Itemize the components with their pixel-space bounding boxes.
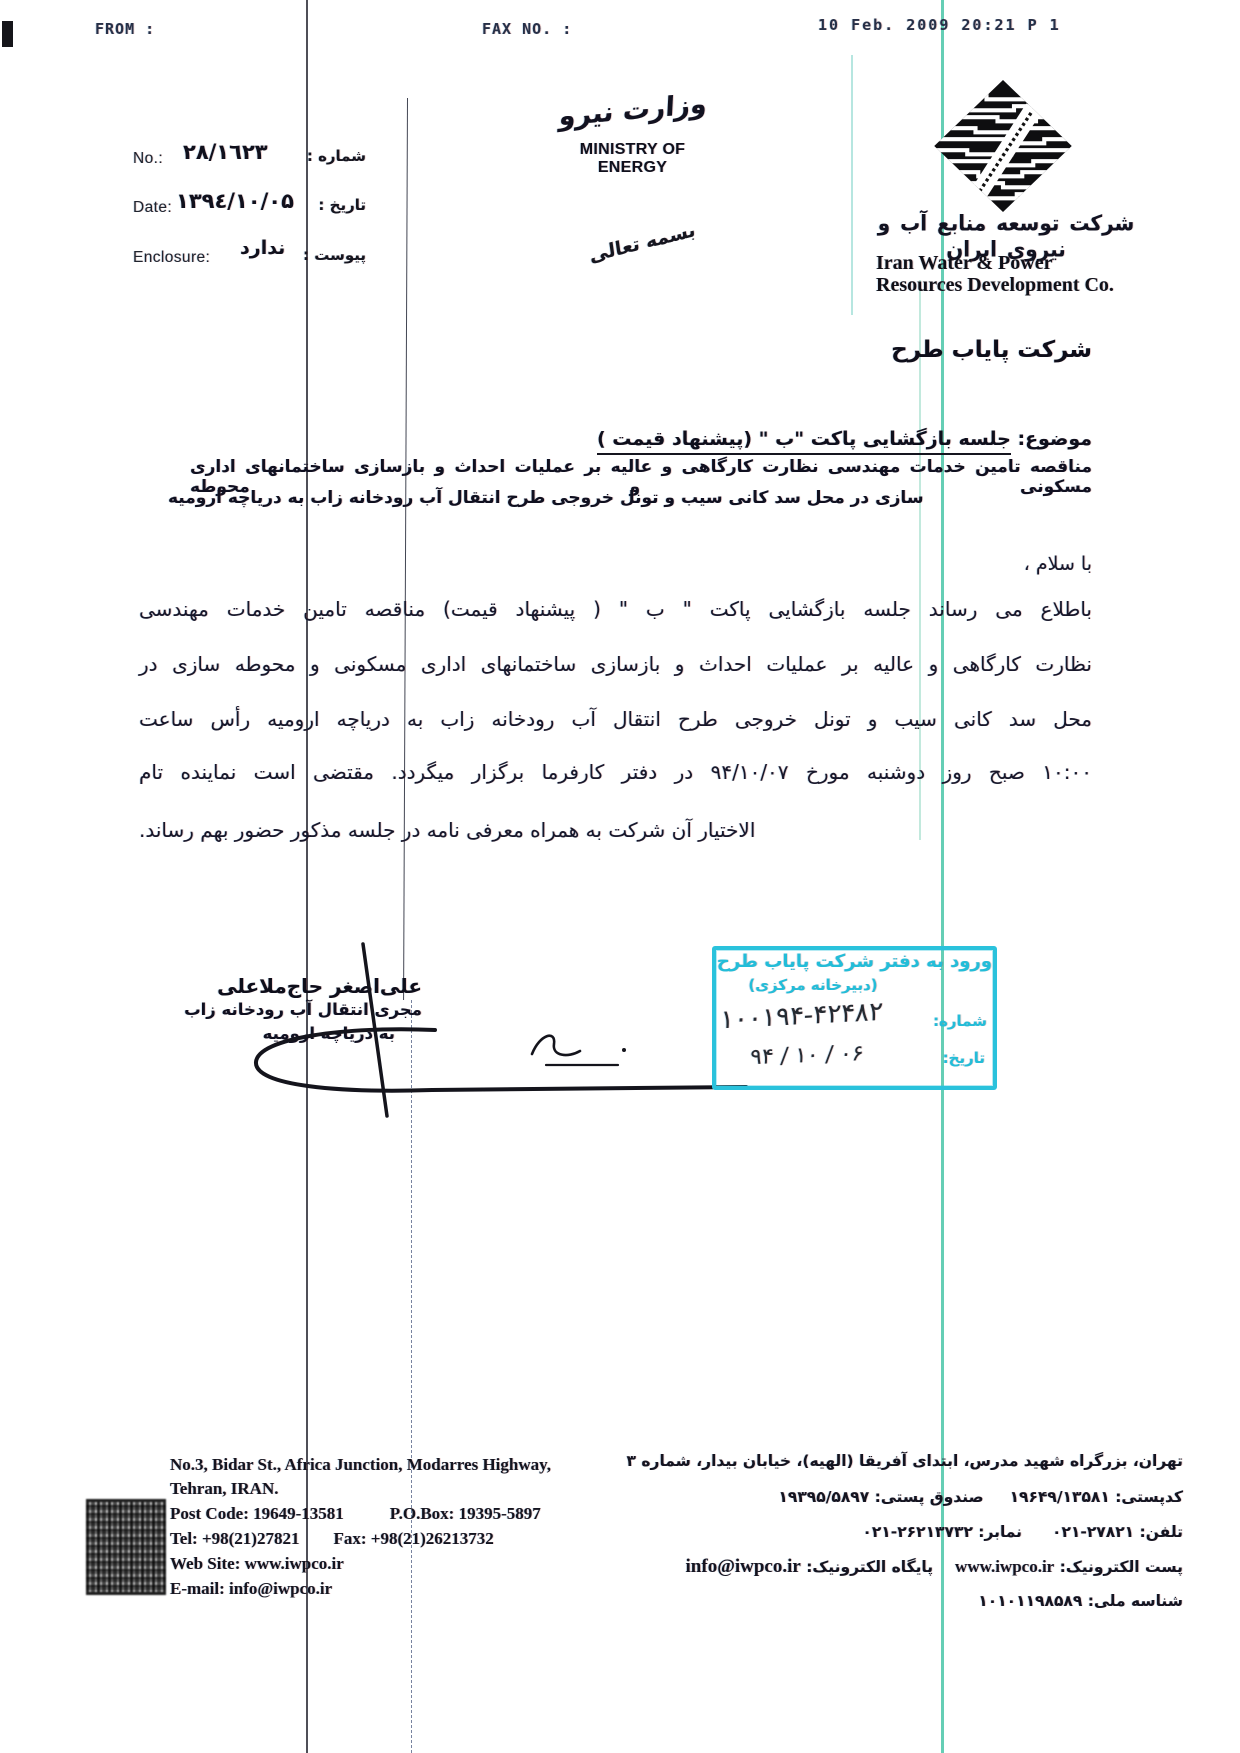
no-label-en: No.: <box>133 150 163 168</box>
enclosure-label-en: Enclosure: <box>133 249 210 267</box>
barcode-block <box>86 1499 166 1595</box>
subject-text-underlined: جلسه بازگشایی پاکت "ب " (پیشنهاد قیمت ) <box>597 428 1011 455</box>
footer-fa-email-label: پایگاه الکترونیک: <box>806 1558 933 1576</box>
body-line-5: الاختیار آن شرکت به همراه معرفی نامه در … <box>139 818 1092 842</box>
footer-fa-web-label: پست الکترونیک: <box>1060 1558 1183 1576</box>
stamp-date-handwritten: ۹۴ / ۱۰ / ۰۶ <box>749 1039 931 1070</box>
letter-date-value: ۱۳۹٤/۱۰/۰۵ <box>176 189 294 213</box>
footer-en-address-line2: Tehran, IRAN. <box>170 1479 278 1499</box>
footer-en-email: E-mail: info@iwpco.ir <box>170 1579 332 1599</box>
no-label-fa: شماره : <box>307 147 366 165</box>
fax-timestamp: 10 Feb. 2009 20:21 P 1 <box>818 16 1061 34</box>
scan-corner-mark <box>2 21 13 47</box>
handwritten-signature <box>150 930 770 1130</box>
subject-line: موضوع: جلسه بازگشایی پاکت "ب " (پیشنهاد … <box>597 428 1092 450</box>
footer-en-postcode-pobox: Post Code: 19649-13581P.O.Box: 19395-589… <box>170 1504 541 1524</box>
footer-fa-postal: کدپستی: ۱۹۶۴۹/۱۳۵۸۱صندوق پستی: ۱۹۳۹۵/۵۸۹… <box>778 1488 1183 1506</box>
scan-fold-line-right-upper <box>403 98 408 1000</box>
fax-from-label: FROM : <box>95 20 155 38</box>
footer-fa-tel: تلفن: ۲۷۸۲۱-۰۲۱ <box>1052 1523 1183 1541</box>
footer-fa-email-value: info@iwpco.ir <box>686 1556 801 1577</box>
scanned-fax-letter-page: { "fax_header": { "from_label": "FROM :"… <box>0 0 1240 1753</box>
body-line-4: ۱۰:۰۰ صبح روز دوشنبه مورخ ۹۴/۱۰/۰۷ در دف… <box>139 760 1092 784</box>
footer-en-website: Web Site: www.iwpco.ir <box>170 1554 344 1574</box>
recipient-name: شرکت پایاب طرح <box>891 337 1092 363</box>
footer-fa-phones: تلفن: ۲۷۸۲۱-۰۲۱نمابر: ۲۶۲۱۳۷۳۲-۰۲۱ <box>862 1523 1183 1541</box>
ministry-en-line2: ENERGY <box>550 159 715 177</box>
fax-number-label: FAX NO. : <box>482 20 572 38</box>
footer-en-pobox: P.O.Box: 19395-5897 <box>390 1504 541 1523</box>
footer-en-tel: Tel: +98(21)27821 <box>170 1529 299 1548</box>
body-line-3: محل سد کانی سیب و تونل خروجی طرح انتقال … <box>139 707 1092 731</box>
footer-fa-pobox: صندوق پستی: ۱۹۳۹۵/۵۸۹۷ <box>778 1488 983 1506</box>
footer-fa-address: تهران، بزرگراه شهید مدرس، ابتدای آفریقا … <box>627 1452 1184 1470</box>
subject-description-line2: سازی در محل سد کانی سیب و تونل خروجی طرح… <box>168 488 924 508</box>
iwpco-diamond-water-lightning-logo <box>933 80 1073 212</box>
stamp-title: ورود به دفتر شرکت پایاب طرح <box>716 951 993 972</box>
footer-en-fax: Fax: +98(21)26213732 <box>333 1529 493 1548</box>
company-name-en-line2: Resources Development Co. <box>876 274 1114 297</box>
scan-teal-line-faint-top <box>851 55 853 315</box>
ministry-en-line1: MINISTRY OF <box>550 141 715 159</box>
body-line-2: نظارت کارگاهی و عالیه بر عملیات احداث و … <box>139 652 1092 676</box>
footer-fa-postcode: کدپستی: ۱۹۶۴۹/۱۳۵۸۱ <box>1010 1488 1183 1506</box>
enclosure-value: ندارد <box>240 237 285 259</box>
ministry-calligraphy: وزارت نیرو <box>548 87 719 133</box>
footer-fa-national-id: شناسه ملی: ۱۰۱۰۱۱۹۸۵۸۹ <box>978 1592 1183 1610</box>
stamp-date-label: تاریخ: <box>943 1049 985 1067</box>
enclosure-label-fa: پیوست : <box>303 246 366 264</box>
footer-en-postcode: Post Code: 19649-13581 <box>170 1504 344 1523</box>
stamp-subtitle: (دبیرخانه مرکزی) <box>728 976 898 994</box>
letter-number-value: ۲۸/۱٦۲۳ <box>183 140 268 164</box>
office-entry-stamp: ورود به دفتر شرکت پایاب طرح (دبیرخانه مر… <box>712 946 997 1090</box>
footer-en-tel-fax: Tel: +98(21)27821Fax: +98(21)26213732 <box>170 1529 494 1549</box>
company-name-en-line1: Iran Water & Power <box>876 252 1052 275</box>
footer-fa-electronic: پست الکترونیک: www.iwpco.irپایگاه الکترو… <box>686 1556 1183 1578</box>
body-line-1: باطلاع می رساند جلسه بازگشایی پاکت " ب "… <box>139 597 1092 621</box>
stamp-number-label: شماره: <box>933 1012 987 1030</box>
subject-label: موضوع: <box>1017 428 1092 450</box>
salutation: با سلام ، <box>1024 553 1092 575</box>
bismillah-calligraphy: بسمه تعالی <box>588 219 697 267</box>
footer-fa-web-value: www.iwpco.ir <box>955 1557 1054 1576</box>
date-label-en: Date: <box>133 199 172 217</box>
scan-teal-line-faint-mid <box>919 280 921 840</box>
stamp-number-handwritten: ۱۰۰۱۹۴-۴۲۴۸۲ <box>719 995 925 1036</box>
footer-en-address-line1: No.3, Bidar St., Africa Junction, Modarr… <box>170 1455 551 1475</box>
date-label-fa: تاریخ : <box>318 196 366 214</box>
footer-fa-fax: نمابر: ۲۶۲۱۳۷۳۲-۰۲۱ <box>862 1523 1022 1541</box>
